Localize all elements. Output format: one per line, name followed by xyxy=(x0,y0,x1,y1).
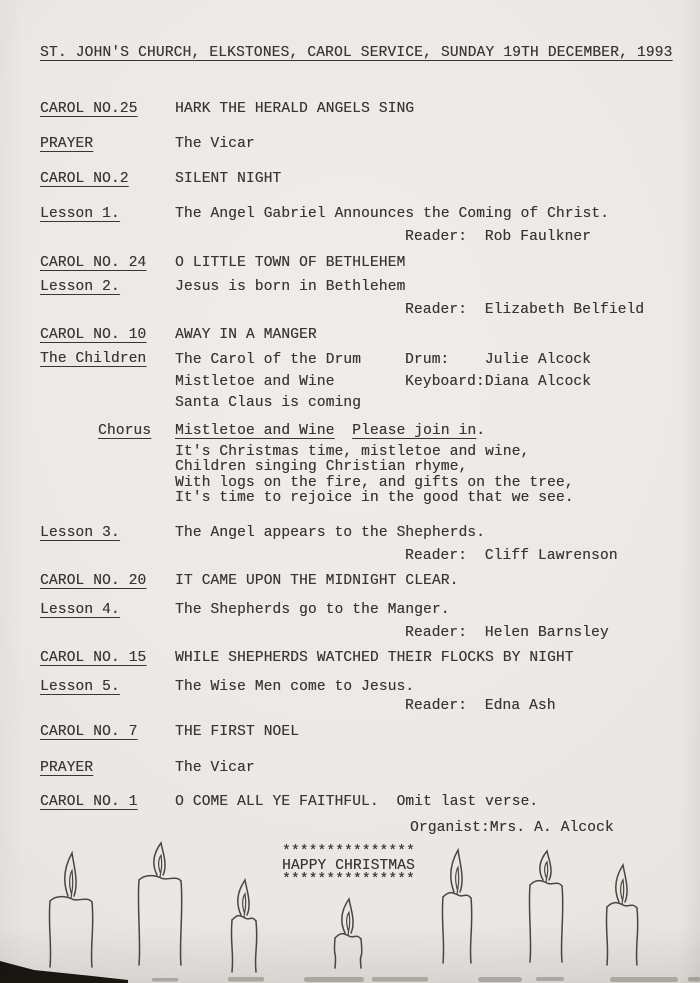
program-row-chorus: Chorus Mistletoe and Wine Please join in… xyxy=(40,422,574,507)
program-row-prayer-1: PRAYER The Vicar xyxy=(40,135,255,154)
song-line: Mistletoe and Wine xyxy=(175,372,361,394)
row-content: The Angel Gabriel Announces the Coming o… xyxy=(175,205,609,224)
program-row-lesson-3: Lesson 3. The Angel appears to the Sheph… xyxy=(40,524,618,566)
row-content: O COME ALL YE FAITHFUL. Omit last verse. xyxy=(175,793,538,812)
chorus-gap xyxy=(334,423,352,439)
row-label: PRAYER xyxy=(40,759,175,778)
row-content: The Shepherds go to the Manger. xyxy=(175,601,609,620)
row-label: Lesson 5. xyxy=(40,678,175,697)
candle-icon xyxy=(334,899,361,968)
candle-icon xyxy=(49,853,92,967)
children-songs: The Carol of the Drum Mistletoe and Wine… xyxy=(175,350,361,415)
program-row-carol-1: CAROL NO. 1 O COME ALL YE FAITHFUL. Omit… xyxy=(40,793,538,812)
row-label: CAROL NO. 15 xyxy=(40,649,175,668)
chorus-period: . xyxy=(476,423,485,439)
row-label: CAROL NO. 20 xyxy=(40,572,175,591)
lyric-line: With logs on the fire, and gifts on the … xyxy=(175,476,574,491)
chorus-song-title: Mistletoe and Wine xyxy=(175,423,334,439)
row-content: WHILE SHEPHERDS WATCHED THEIR FLOCKS BY … xyxy=(175,649,574,668)
row-label: CAROL NO.2 xyxy=(40,170,175,189)
stars-row-bottom: *************** xyxy=(282,874,415,888)
program-row-carol-10: CAROL NO. 10 AWAY IN A MANGER xyxy=(40,326,317,345)
candle-icon xyxy=(606,865,637,965)
row-content: The Wise Men come to Jesus. xyxy=(175,678,556,697)
program-row-lesson-1: Lesson 1. The Angel Gabriel Announces th… xyxy=(40,205,609,247)
candle-icon xyxy=(442,850,471,963)
scanned-carol-service-program: ST. JOHN'S CHURCH, ELKSTONES, CAROL SERV… xyxy=(0,0,700,983)
row-content: SILENT NIGHT xyxy=(175,170,281,189)
row-label: CAROL NO. 24 xyxy=(40,254,175,273)
song-line: The Carol of the Drum xyxy=(175,350,361,372)
chorus-block: Mistletoe and Wine Please join in. It's … xyxy=(175,422,574,507)
program-row-prayer-2: PRAYER The Vicar xyxy=(40,759,255,778)
row-label: CAROL NO. 7 xyxy=(40,723,175,742)
chorus-invite: Please join in xyxy=(352,423,476,439)
program-row-lesson-2: Lesson 2. Jesus is born in Bethlehem Rea… xyxy=(40,278,644,320)
row-label: The Children xyxy=(40,350,175,369)
row-label: Lesson 4. xyxy=(40,601,175,620)
lyric-line: Children singing Christian rhyme, xyxy=(175,460,574,475)
program-row-carol-7: CAROL NO. 7 THE FIRST NOEL xyxy=(40,723,299,742)
reader-credit: Reader: Elizabeth Belfield xyxy=(405,301,644,320)
row-content: Jesus is born in Bethlehem xyxy=(175,278,644,297)
reader-credit: Reader: Rob Faulkner xyxy=(405,228,609,247)
row-content: O LITTLE TOWN OF BETHLEHEM xyxy=(175,254,405,273)
chorus-lyrics: It's Christmas time, mistletoe and wine,… xyxy=(175,445,574,507)
row-content: THE FIRST NOEL xyxy=(175,723,299,742)
reader-credit: Reader: Edna Ash xyxy=(405,697,556,716)
document-title: ST. JOHN'S CHURCH, ELKSTONES, CAROL SERV… xyxy=(40,45,672,61)
row-content: The Vicar xyxy=(175,759,255,778)
children-credits: Drum: Julie Alcock Keyboard:Diana Alcock xyxy=(405,350,591,393)
keyboard-credit: Keyboard:Diana Alcock xyxy=(405,372,591,394)
row-label: Lesson 1. xyxy=(40,205,175,224)
row-label: CAROL NO.25 xyxy=(40,100,175,119)
program-row-lesson-5: Lesson 5. The Wise Men come to Jesus. Re… xyxy=(40,678,556,716)
row-label: Chorus xyxy=(98,422,175,441)
chorus-heading: Mistletoe and Wine Please join in. xyxy=(175,422,574,441)
program-row-carol-15: CAROL NO. 15 WHILE SHEPHERDS WATCHED THE… xyxy=(40,649,574,668)
row-content: IT CAME UPON THE MIDNIGHT CLEAR. xyxy=(175,572,458,591)
row-content: The Vicar xyxy=(175,135,255,154)
drum-credit: Drum: Julie Alcock xyxy=(405,350,591,372)
candle-icon xyxy=(231,880,256,972)
happy-christmas-banner: *************** HAPPY CHRISTMAS ********… xyxy=(282,846,415,887)
row-label: Lesson 2. xyxy=(40,278,175,297)
row-label: PRAYER xyxy=(40,135,175,154)
row-content-block: Jesus is born in Bethlehem Reader: Eliza… xyxy=(175,278,644,320)
row-content-block: The Wise Men come to Jesus. Reader: Edna… xyxy=(175,678,556,716)
row-content-block: The Angel appears to the Shepherds. Read… xyxy=(175,524,618,566)
row-label: CAROL NO. 1 xyxy=(40,793,175,812)
scan-edge-corner xyxy=(0,961,128,983)
candle-icon xyxy=(529,851,562,962)
lyric-line: It's Christmas time, mistletoe and wine, xyxy=(175,445,574,460)
lyric-line: It's time to rejoice in the good that we… xyxy=(175,491,574,506)
program-row-carol-24: CAROL NO. 24 O LITTLE TOWN OF BETHLEHEM xyxy=(40,254,405,273)
reader-credit: Reader: Helen Barnsley xyxy=(405,624,609,643)
row-label: CAROL NO. 10 xyxy=(40,326,175,345)
program-row-carol-20: CAROL NO. 20 IT CAME UPON THE MIDNIGHT C… xyxy=(40,572,458,591)
program-row-carol-2: CAROL NO.2 SILENT NIGHT xyxy=(40,170,281,189)
candle-icon xyxy=(138,843,181,965)
program-row-the-children: The Children The Carol of the Drum Mistl… xyxy=(40,350,361,415)
song-line: Santa Claus is coming xyxy=(175,393,361,415)
row-content: AWAY IN A MANGER xyxy=(175,326,317,345)
scan-edge-smudges xyxy=(152,977,700,982)
row-label: Lesson 3. xyxy=(40,524,175,543)
row-content-block: The Shepherds go to the Manger. Reader: … xyxy=(175,601,609,643)
row-content: The Angel appears to the Shepherds. xyxy=(175,524,618,543)
program-row-carol-25: CAROL NO.25 HARK THE HERALD ANGELS SING xyxy=(40,100,414,119)
row-content: HARK THE HERALD ANGELS SING xyxy=(175,100,414,119)
reader-credit: Reader: Cliff Lawrenson xyxy=(405,547,618,566)
row-content-block: The Angel Gabriel Announces the Coming o… xyxy=(175,205,609,247)
program-row-lesson-4: Lesson 4. The Shepherds go to the Manger… xyxy=(40,601,609,643)
organist-credit: Organist:Mrs. A. Alcock xyxy=(410,820,614,836)
